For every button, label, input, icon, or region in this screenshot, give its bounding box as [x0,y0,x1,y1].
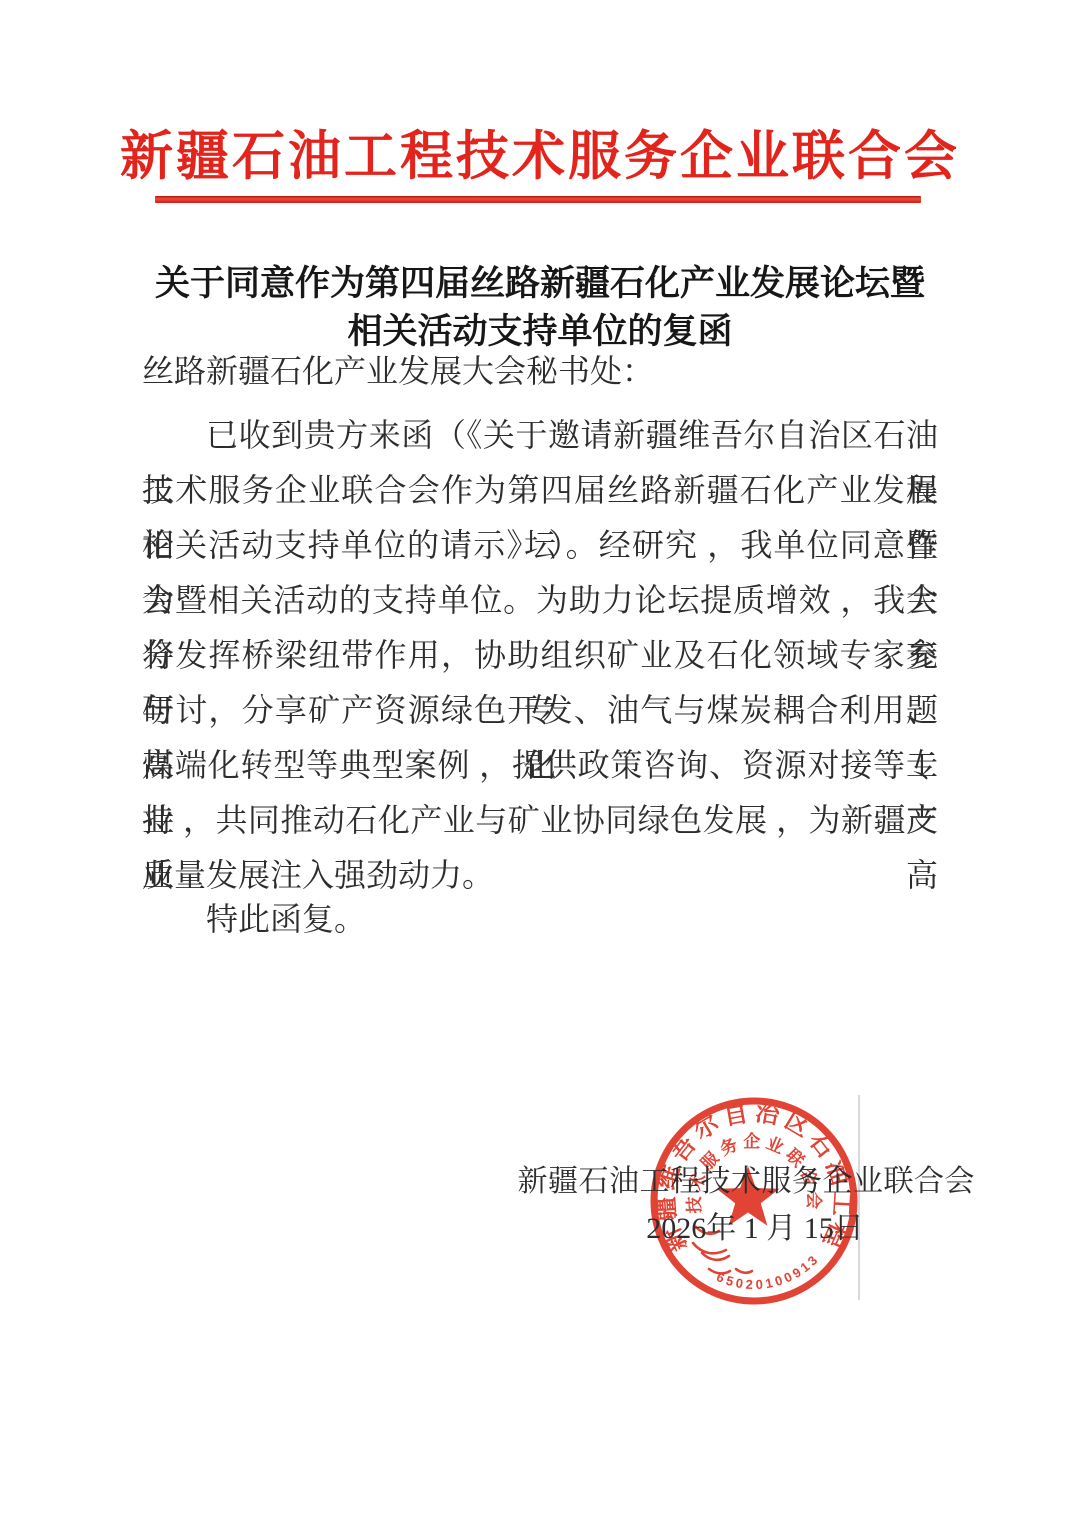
signoff-org-name: 新疆石油工程技术服务企业联合会 [518,1162,976,1202]
body-line: 分发挥桥梁纽带作用，协助组织矿业及石化领域专家参与专题 [142,628,938,683]
letterhead-org-title: 新疆石油工程技术服务企业联合会 [0,127,1080,187]
signoff-date: 2026年 1 月 15日 [535,1209,975,1249]
body-line: 会暨相关活动的支持单位。为助力论坛提质增效 ，我会将充 [142,573,938,628]
closing-phrase: 特此函复。 [142,892,938,947]
letterhead-red-rule [155,196,921,203]
document-title-line2: 相关活动支持单位的复函 [0,308,1080,356]
body-line: 高端化转型等典型案例 ，提供政策咨询、资源对接等专业支 [142,738,938,793]
body-line: 研讨，分享矿产资源绿色开发、油气与煤炭耦合利用、煤化工 [142,683,938,738]
official-letter-page: 新疆石油工程技术服务企业联合会 关于同意作为第四届丝路新疆石化产业发展论坛暨 相… [0,0,1080,1527]
body-line: 相关活动支持单位的请示》 ）。经研究 ，我单位同意作为大 [142,518,938,573]
document-title: 关于同意作为第四届丝路新疆石化产业发展论坛暨 相关活动支持单位的复函 [0,260,1080,356]
document-title-line1: 关于同意作为第四届丝路新疆石化产业发展论坛暨 [0,260,1080,308]
body-line: 技术服务企业联合会作为第四届丝路新疆石化产业发展论坛暨 [142,463,938,518]
salutation: 丝路新疆石化产业发展大会秘书处： [142,350,654,392]
body-paragraph: 已收到贵方来函（《关于邀请新疆维吾尔自治区石油工程 技术服务企业联合会作为第四届… [142,408,938,903]
body-line: 已收到贵方来函（《关于邀请新疆维吾尔自治区石油工程 [142,408,938,463]
body-line: 持 ，共同推动石化产业与矿业协同绿色发展 ，为新疆产业高 [142,793,938,848]
